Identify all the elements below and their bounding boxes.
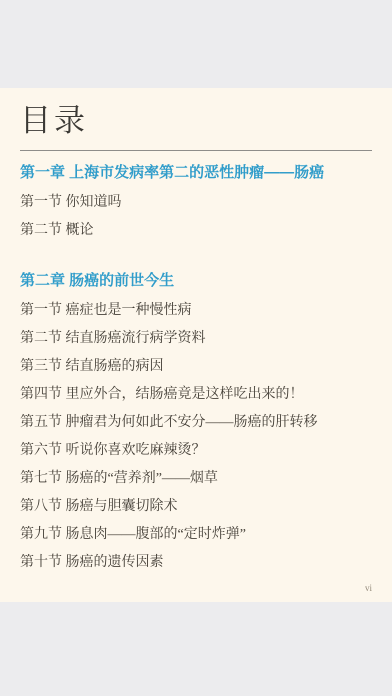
toc-entry-ch2-sec1[interactable]: 第一节 癌症也是一种慢性病	[20, 304, 372, 318]
toc-entry-ch2-sec10[interactable]: 第十节 肠癌的遗传因素	[20, 556, 372, 570]
toc-entry-ch2-sec7[interactable]: 第七节 肠癌的“营养剂”——烟草	[20, 472, 372, 486]
page-number: vi	[365, 583, 372, 593]
toc-entry-ch1-sec2[interactable]: 第二节 概论	[20, 224, 372, 238]
toc-entry-ch2-sec5[interactable]: 第五节 肿瘤君为何如此不安分——肠癌的肝转移	[20, 416, 372, 430]
toc-chapter-1-heading[interactable]: 第一章 上海市发病率第二的恶性肿瘤——肠癌	[20, 164, 372, 182]
chapter-block-2: 第二章 肠癌的前世今生 第一节 癌症也是一种慢性病 第二节 结直肠癌流行病学资料…	[20, 272, 372, 570]
chapter-block-1: 第一章 上海市发病率第二的恶性肿瘤——肠癌 第一节 你知道吗 第二节 概论	[20, 164, 372, 238]
toc-entry-ch2-sec6[interactable]: 第六节 听说你喜欢吃麻辣烫？	[20, 444, 372, 458]
toc-chapter-2-heading[interactable]: 第二章 肠癌的前世今生	[20, 272, 372, 290]
toc-entry-ch2-sec3[interactable]: 第三节 结直肠癌的病因	[20, 360, 372, 374]
toc-entry-ch2-sec8[interactable]: 第八节 肠癌与胆囊切除术	[20, 500, 372, 514]
toc-entry-ch1-sec1[interactable]: 第一节 你知道吗	[20, 196, 372, 210]
toc-entry-ch2-sec4[interactable]: 第四节 里应外合，结肠癌竟是这样吃出来的！	[20, 388, 372, 402]
toc-entry-ch2-sec9[interactable]: 第九节 肠息肉——腹部的“定时炸弹”	[20, 528, 372, 542]
title-divider	[20, 150, 372, 151]
book-page: 目录 第一章 上海市发病率第二的恶性肿瘤——肠癌 第一节 你知道吗 第二节 概论…	[0, 88, 392, 602]
page-title: 目录	[20, 102, 372, 140]
toc-entry-ch2-sec2[interactable]: 第二节 结直肠癌流行病学资料	[20, 332, 372, 346]
ereader-screen: 目录 第一章 上海市发病率第二的恶性肿瘤——肠癌 第一节 你知道吗 第二节 概论…	[0, 0, 392, 696]
